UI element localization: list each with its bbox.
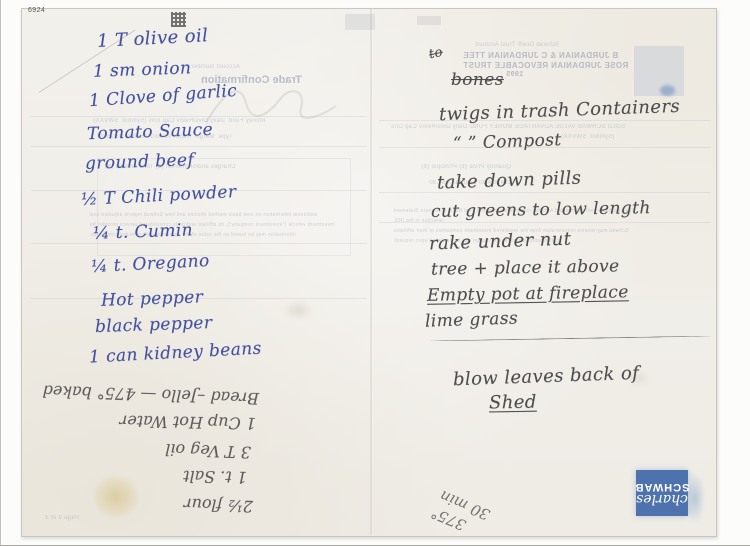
printed-block-showthrough	[417, 16, 441, 25]
recipe-line: black pepper	[95, 313, 213, 337]
schwab-logo: charles SCHWAB	[636, 470, 688, 516]
ghost-rule	[379, 192, 711, 193]
ghost-sold-line: SOLD SCHWAB VALUE ADVANTAGE MONEY FUND D…	[391, 124, 625, 130]
recipe-line: Hot pepper	[101, 287, 204, 311]
recipe-line: ground beef	[85, 150, 195, 174]
yard-footer-line-underlined: Shed	[489, 392, 537, 414]
ghost-header-line3: ROSE JURDANIAN REVOCABLE TRUST	[463, 61, 628, 70]
ghost-rule	[31, 146, 367, 147]
scanned-note-sheet: 6924 Account Number Trade Confirmation S…	[0, 0, 750, 546]
ghost-signature	[196, 68, 346, 138]
ghost-symbol-line-right: (Symbol: SWVXX)	[561, 134, 615, 140]
yard-line: tree + place it above	[431, 256, 620, 279]
crossed-out-mark: to	[428, 45, 445, 63]
smudge-mark	[283, 300, 313, 320]
crossed-out-item: bones	[451, 70, 504, 90]
ghost-header-line1: Schwab One® Trust Account	[475, 42, 559, 48]
form-number: 6924	[28, 7, 45, 14]
datamatrix-barcode-icon	[171, 12, 186, 27]
ghost-schwab-logo	[634, 46, 684, 96]
recipe-line: ¼ t. Cumin	[93, 220, 194, 243]
yard-line: cut greens to low length	[431, 198, 651, 222]
yard-line: “ ” Compost	[453, 130, 562, 154]
yard-line: lime grass	[425, 308, 519, 331]
schwab-logo-script-text: charles	[636, 493, 688, 505]
ghost-header-line4: 1995	[506, 71, 523, 78]
bread-note-upside-down: 2½ flour 1 t. Salt 3 T Veg oil 1 Cup Hot…	[23, 374, 259, 516]
ghost-table-headers: Quantity Price ($) Principal ($)	[421, 164, 511, 170]
ghost-header-line2: B JURDANIAN & C JURDANIAN TTEE	[463, 51, 618, 60]
vertical-fold-crease	[370, 8, 373, 535]
printed-block-showthrough	[345, 14, 375, 30]
ghost-rule	[379, 222, 711, 223]
ghost-ink-dot	[660, 85, 675, 96]
yard-line-underlined: Empty pot at fireplace	[427, 282, 629, 306]
recipe-line: 1 sm onion	[93, 58, 192, 81]
schwab-logo-caps-text: SCHWAB	[635, 481, 690, 493]
ink-bleed	[685, 472, 705, 524]
